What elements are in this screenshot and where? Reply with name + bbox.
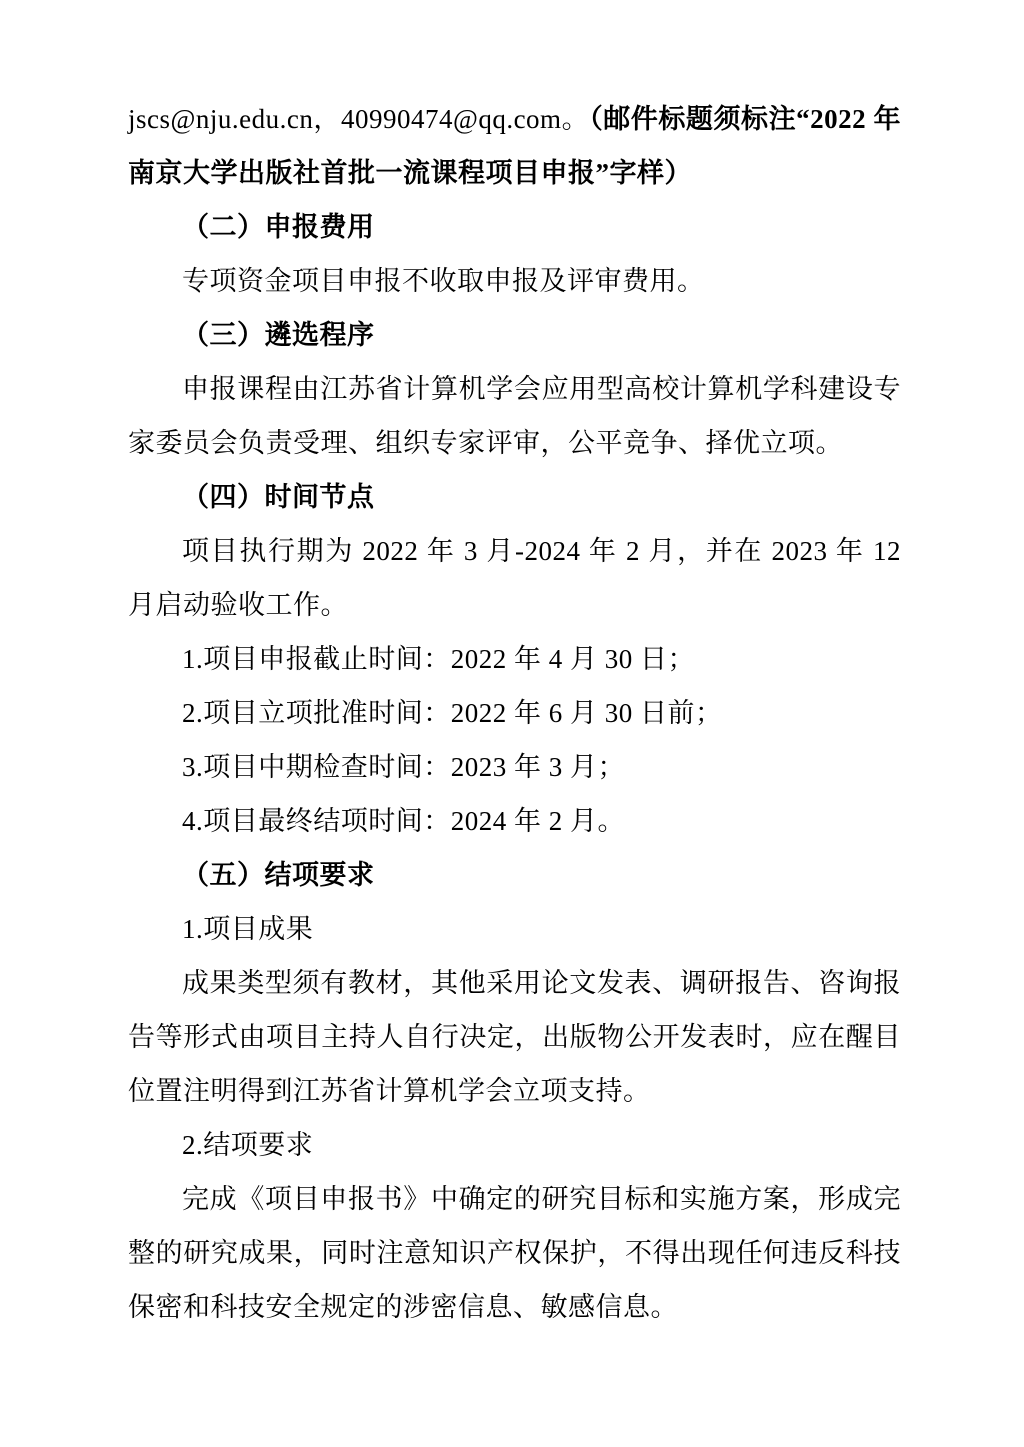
- text-run: 1.项目申报截止时间：2022 年 4 月 30 日；: [182, 644, 695, 674]
- section-heading: （三）遴选程序: [128, 308, 901, 362]
- paragraph: 4.项目最终结项时间：2024 年 2 月。: [128, 794, 901, 848]
- paragraph: 专项资金项目申报不收取申报及评审费用。: [128, 254, 901, 308]
- text-run-bold: （五）结项要求: [182, 860, 375, 890]
- paragraph: 1.项目申报截止时间：2022 年 4 月 30 日；: [128, 632, 901, 686]
- text-run: jscs@nju.edu.cn，40990474@qq.com。: [128, 104, 589, 134]
- text-run: 4.项目最终结项时间：2024 年 2 月。: [182, 806, 625, 836]
- text-run-bold: （三）遴选程序: [182, 320, 375, 350]
- paragraph: 申报课程由江苏省计算机学会应用型高校计算机学科建设专家委员会负责受理、组织专家评…: [128, 362, 901, 470]
- text-run: 2.项目立项批准时间：2022 年 6 月 30 日前；: [182, 698, 723, 728]
- text-run: 2.结项要求: [182, 1130, 313, 1160]
- paragraph: 3.项目中期检查时间：2023 年 3 月；: [128, 740, 901, 794]
- section-heading: （四）时间节点: [128, 470, 901, 524]
- section-heading: （五）结项要求: [128, 848, 901, 902]
- paragraph: 项目执行期为 2022 年 3 月-2024 年 2 月，并在 2023 年 1…: [128, 524, 901, 632]
- paragraph: 1.项目成果: [128, 902, 901, 956]
- paragraph: 2.项目立项批准时间：2022 年 6 月 30 日前；: [128, 686, 901, 740]
- document-content: jscs@nju.edu.cn，40990474@qq.com。（邮件标题须标注…: [128, 92, 901, 1334]
- text-run-bold: （四）时间节点: [182, 482, 375, 512]
- text-run: 项目执行期为 2022 年 3 月-2024 年 2 月，并在 2023 年 1…: [128, 536, 901, 620]
- paragraph: 完成《项目申报书》中确定的研究目标和实施方案，形成完整的研究成果，同时注意知识产…: [128, 1172, 901, 1334]
- text-run: 成果类型须有教材，其他采用论文发表、调研报告、咨询报告等形式由项目主持人自行决定…: [128, 968, 901, 1106]
- section-heading: （二）申报费用: [128, 200, 901, 254]
- paragraph: 2.结项要求: [128, 1118, 901, 1172]
- paragraph: jscs@nju.edu.cn，40990474@qq.com。（邮件标题须标注…: [128, 92, 901, 200]
- text-run: 专项资金项目申报不收取申报及评审费用。: [182, 266, 705, 296]
- document-page: jscs@nju.edu.cn，40990474@qq.com。（邮件标题须标注…: [0, 0, 1024, 1447]
- paragraph: 成果类型须有教材，其他采用论文发表、调研报告、咨询报告等形式由项目主持人自行决定…: [128, 956, 901, 1118]
- text-run: 申报课程由江苏省计算机学会应用型高校计算机学科建设专家委员会负责受理、组织专家评…: [128, 374, 901, 458]
- text-run-bold: （二）申报费用: [182, 212, 375, 242]
- text-run: 3.项目中期检查时间：2023 年 3 月；: [182, 752, 625, 782]
- text-run: 完成《项目申报书》中确定的研究目标和实施方案，形成完整的研究成果，同时注意知识产…: [128, 1184, 901, 1322]
- text-run: 1.项目成果: [182, 914, 313, 944]
